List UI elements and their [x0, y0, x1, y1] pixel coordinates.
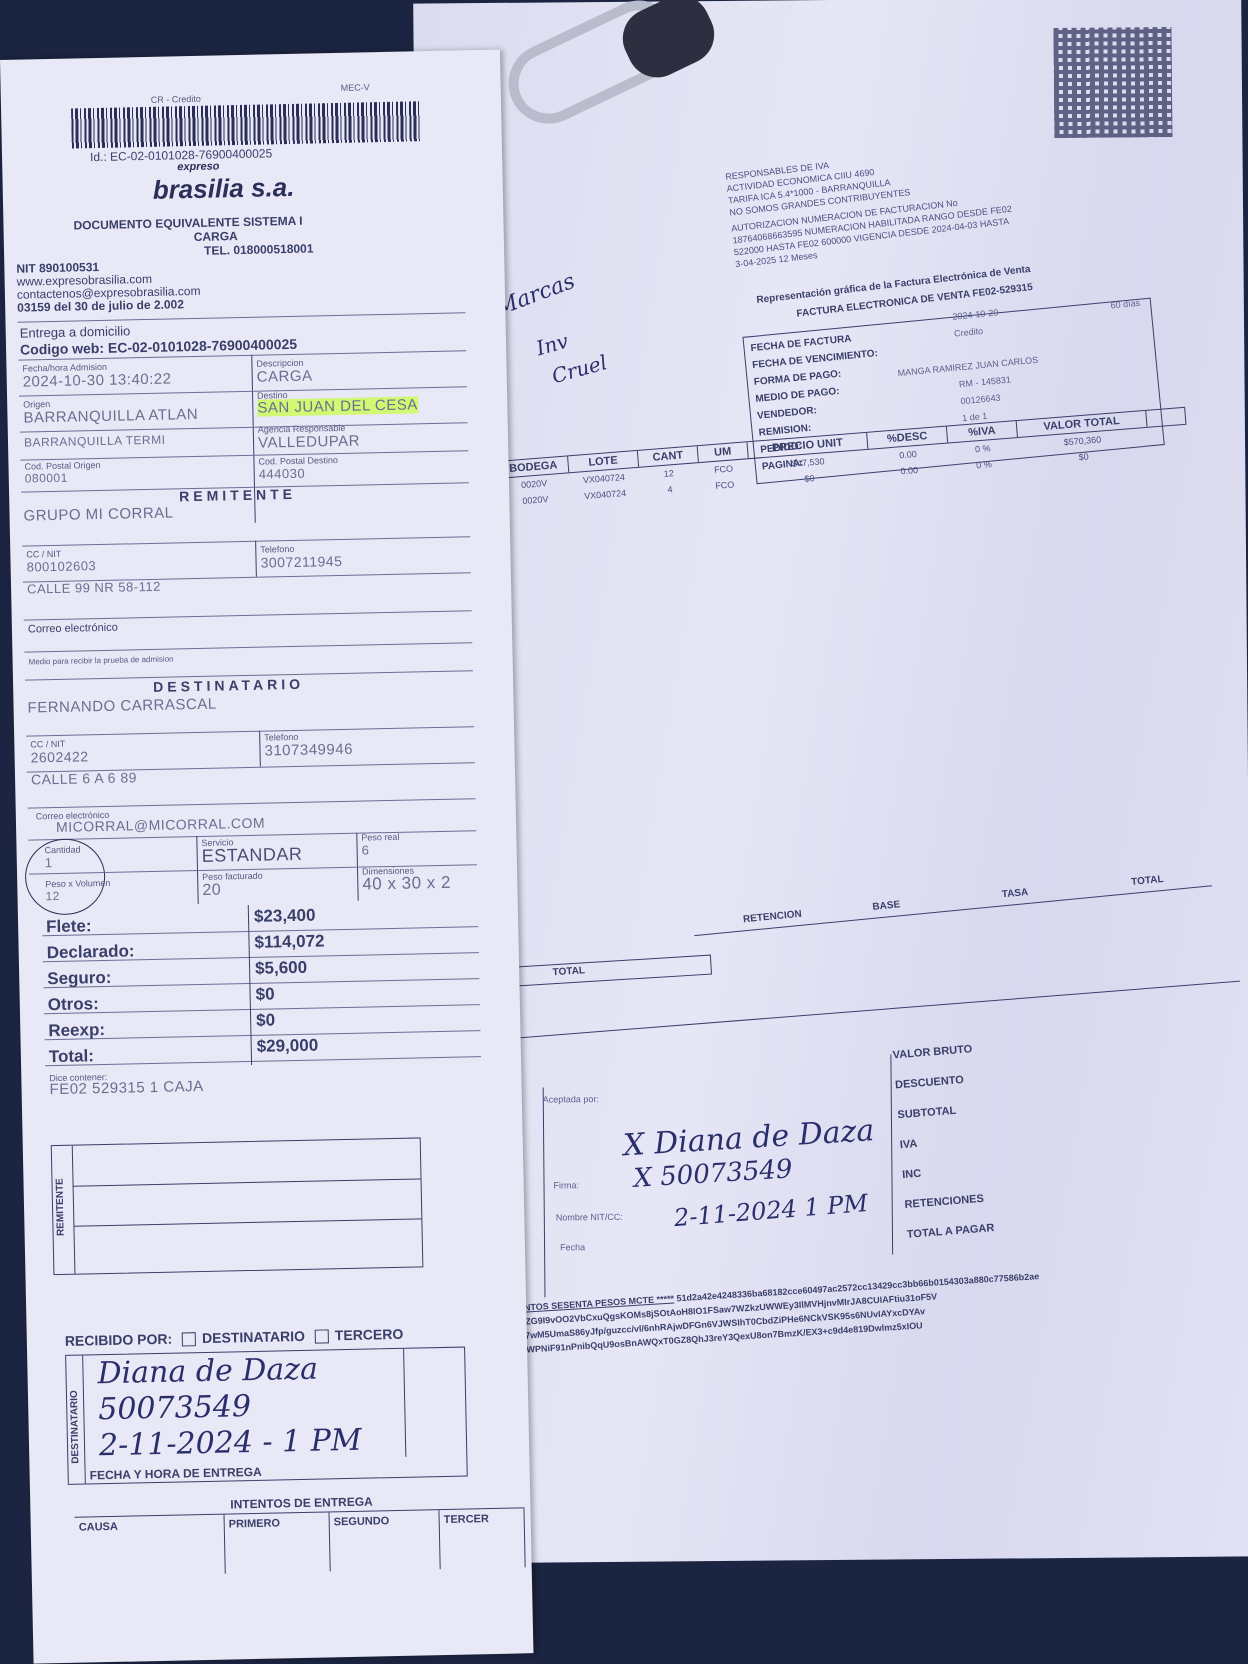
- sender-signature-box: REMITENTE: [51, 1137, 424, 1275]
- vol-weight-value: 12: [45, 889, 60, 903]
- handwritten-note: Cruel: [549, 350, 609, 388]
- divider: [45, 1056, 481, 1066]
- totals-summary: VALOR BRUTODESCUENTOSUBTOTALIVAINCRETENC…: [892, 1043, 996, 1259]
- recipient-heading: DESTINATARIO: [153, 676, 304, 695]
- divider: [543, 1088, 546, 1298]
- admission-proof-label: Medio para recibir la prueba de admision: [29, 654, 174, 666]
- invoice-meta-value: 1 de 1: [962, 411, 988, 423]
- barcode-top-right: MEC-V: [341, 82, 370, 93]
- company-phone: TEL. 018000518001: [204, 241, 314, 257]
- invoice-meta-value: RM - 145831: [959, 374, 1012, 389]
- contents-value: FE02 529315 1 CAJA: [49, 1078, 203, 1098]
- sender-address: CALLE 99 NR 58-112: [27, 579, 161, 597]
- divider: [890, 1055, 893, 1255]
- handwritten-receiver-id: 50073549: [98, 1389, 251, 1427]
- charge-label: Seguro:: [47, 968, 112, 989]
- origin-value: BARRANQUILLA ATLAN: [23, 406, 198, 427]
- quantity-value: 1: [45, 855, 53, 870]
- invoice-meta-label: VENDEDOR:: [757, 405, 818, 422]
- divider: [24, 642, 472, 652]
- invoice-meta-label: MEDIO DE PAGO:: [755, 386, 840, 405]
- fecha-label: Fecha: [560, 1242, 585, 1252]
- received-option-destinatario: DESTINATARIO: [202, 1328, 305, 1346]
- shipping-receipt: CR - Credito MEC-V Id.: EC-02-0101028-76…: [0, 50, 533, 1664]
- recipient-vertical-label: DESTINATARIO: [69, 1390, 82, 1464]
- invoice-meta-value: 00126643: [960, 393, 1001, 407]
- divider: [22, 536, 470, 546]
- divider: [26, 726, 474, 736]
- dimensions-value: 40 x 30 x 2: [362, 873, 451, 895]
- charge-value: $0: [255, 984, 274, 1004]
- firma-label: Firma:: [553, 1180, 579, 1190]
- received-by-row: RECIBIDO POR: DESTINATARIO TERCERO: [65, 1326, 404, 1349]
- real-weight-value: 6: [361, 842, 369, 857]
- vol-weight-label: Peso x Volumen: [45, 878, 110, 889]
- divider: [24, 610, 472, 620]
- charge-value: $29,000: [257, 1036, 319, 1057]
- barcode-icon: [71, 101, 422, 148]
- real-weight-label: Peso real: [361, 832, 399, 843]
- charge-label: Otros:: [48, 994, 99, 1015]
- checkbox-tercero[interactable]: [315, 1330, 329, 1344]
- doc-subtitle: CARGA: [194, 229, 238, 244]
- origin-postal-value: 080001: [25, 471, 68, 486]
- invoice-header-block: RESPONSABLES DE IVA ACTIVIDAD ECONOMICA …: [725, 139, 1015, 270]
- invoice-meta-value: MANGA RAMIREZ JUAN CARLOS: [897, 355, 1038, 378]
- attempts-heading: INTENTOS DE ENTREGA: [230, 1495, 373, 1512]
- divider: [255, 541, 257, 577]
- invoice-meta-label: FORMA DE PAGO:: [753, 369, 841, 388]
- resolution: 03159 del 30 de julio de 2.002: [17, 297, 184, 314]
- charges-table: Flete:$23,400Declarado:$114,072Seguro:$5…: [0, 50, 500, 60]
- legal-small-print: [42, 1096, 482, 1114]
- charge-label: Total:: [49, 1046, 94, 1067]
- recipient-name: FERNANDO CARRASCAL: [27, 696, 216, 717]
- dest-postal-value: 444030: [259, 466, 306, 482]
- brand-logo: brasilia s.a.: [152, 172, 294, 206]
- divider: [442, 981, 1240, 1045]
- divider: [20, 450, 468, 460]
- attempts-column-header: CAUSA: [75, 1515, 226, 1577]
- charge-label: Flete:: [46, 916, 92, 937]
- handwritten-delivery-datetime: 2-11-2024 - 1 PM: [99, 1423, 362, 1463]
- invoice-sheet: RESPONSABLES DE IVA ACTIVIDAD ECONOMICA …: [413, 0, 1248, 1564]
- description-value: CARGA: [257, 368, 313, 386]
- billed-weight-label: Peso facturado: [202, 871, 263, 882]
- charge-value: $0: [256, 1010, 275, 1030]
- received-by-label: RECIBIDO POR:: [65, 1331, 173, 1349]
- charge-label: Declarado:: [47, 941, 135, 963]
- delivery-type: Entrega a domicilio: [20, 323, 131, 340]
- recipient-email-value: MICORRAL@MICORRAL.COM: [56, 815, 265, 835]
- recipient-address: CALLE 6 A 6 89: [31, 769, 137, 787]
- legal-small-print: [46, 1272, 487, 1321]
- sender-name: GRUPO MI CORRAL: [23, 504, 173, 524]
- charge-value: $114,072: [254, 931, 324, 952]
- sender-id-value: 800102603: [26, 558, 96, 574]
- summary-label: TOTAL A PAGAR: [906, 1222, 996, 1259]
- sender-vertical-label: REMITENTE: [54, 1178, 66, 1236]
- invoice-meta-value: Credito: [954, 326, 984, 339]
- dest-agency-value: VALLEDUPAR: [258, 433, 360, 452]
- handwritten-receiver-name: Diana de Daza: [97, 1352, 318, 1392]
- received-option-tercero: TERCERO: [335, 1326, 404, 1343]
- charge-value: $5,600: [255, 958, 307, 979]
- handwritten-signature-date: 2-11-2024 1 PM: [673, 1189, 869, 1232]
- divider: [28, 798, 476, 808]
- qr-code-icon: [1053, 27, 1172, 138]
- retention-header: RETENCION BASE TASA TOTAL: [691, 851, 1211, 931]
- attempts-column-header: PRIMERO: [225, 1512, 331, 1573]
- sender-phone-value: 3007211945: [260, 553, 342, 571]
- origin-label: Origen: [23, 399, 50, 410]
- divider: [248, 905, 252, 1065]
- destination-value: SAN JUAN DEL CESA: [257, 396, 418, 416]
- origin-agency-value: BARRANQUILLA TERMI: [24, 433, 166, 450]
- nombre-label: Nombre NIT/CC:: [556, 1212, 623, 1223]
- divider: [17, 312, 465, 322]
- recipient-id-value: 2602422: [30, 748, 88, 765]
- billed-weight-value: 20: [202, 882, 221, 900]
- table-cell: FCO: [699, 475, 750, 495]
- attempts-column-header: TERCER: [439, 1508, 525, 1569]
- invoice-meta-value: 2024-10-29: [952, 307, 999, 321]
- checkbox-destinatario[interactable]: [182, 1332, 196, 1346]
- brand-top: expreso: [177, 160, 219, 173]
- admission-value: 2024-10-30 13:40:22: [23, 370, 172, 390]
- divider: [259, 731, 261, 767]
- cufe-block: TRESCIENTOS SESENTA PESOS MCTE ***** 51d…: [485, 1269, 1043, 1359]
- handwritten-note: Inv: [534, 329, 571, 361]
- accepted-by-label: Aceptada por:: [543, 1094, 599, 1104]
- charge-label: Reexp:: [48, 1020, 105, 1041]
- table-cell: 4: [639, 479, 700, 500]
- quantity-label: Cantidad: [44, 844, 80, 855]
- attempts-table: CAUSAPRIMEROSEGUNDOTERCER: [75, 1507, 526, 1576]
- doc-title: DOCUMENTO EQUIVALENTE SISTEMA I: [73, 214, 302, 233]
- charge-value: $23,400: [254, 906, 316, 927]
- due-days: 60 días: [1110, 298, 1140, 311]
- sender-email-label: Correo electrónico: [28, 622, 118, 636]
- service-value: ESTANDAR: [202, 844, 303, 867]
- barcode-top-left: CR - Credito: [151, 94, 201, 105]
- sender-heading: REMITENTE: [179, 486, 296, 504]
- attempts-column-header: SEGUNDO: [329, 1510, 440, 1571]
- recipient-phone-value: 3107349946: [264, 741, 353, 760]
